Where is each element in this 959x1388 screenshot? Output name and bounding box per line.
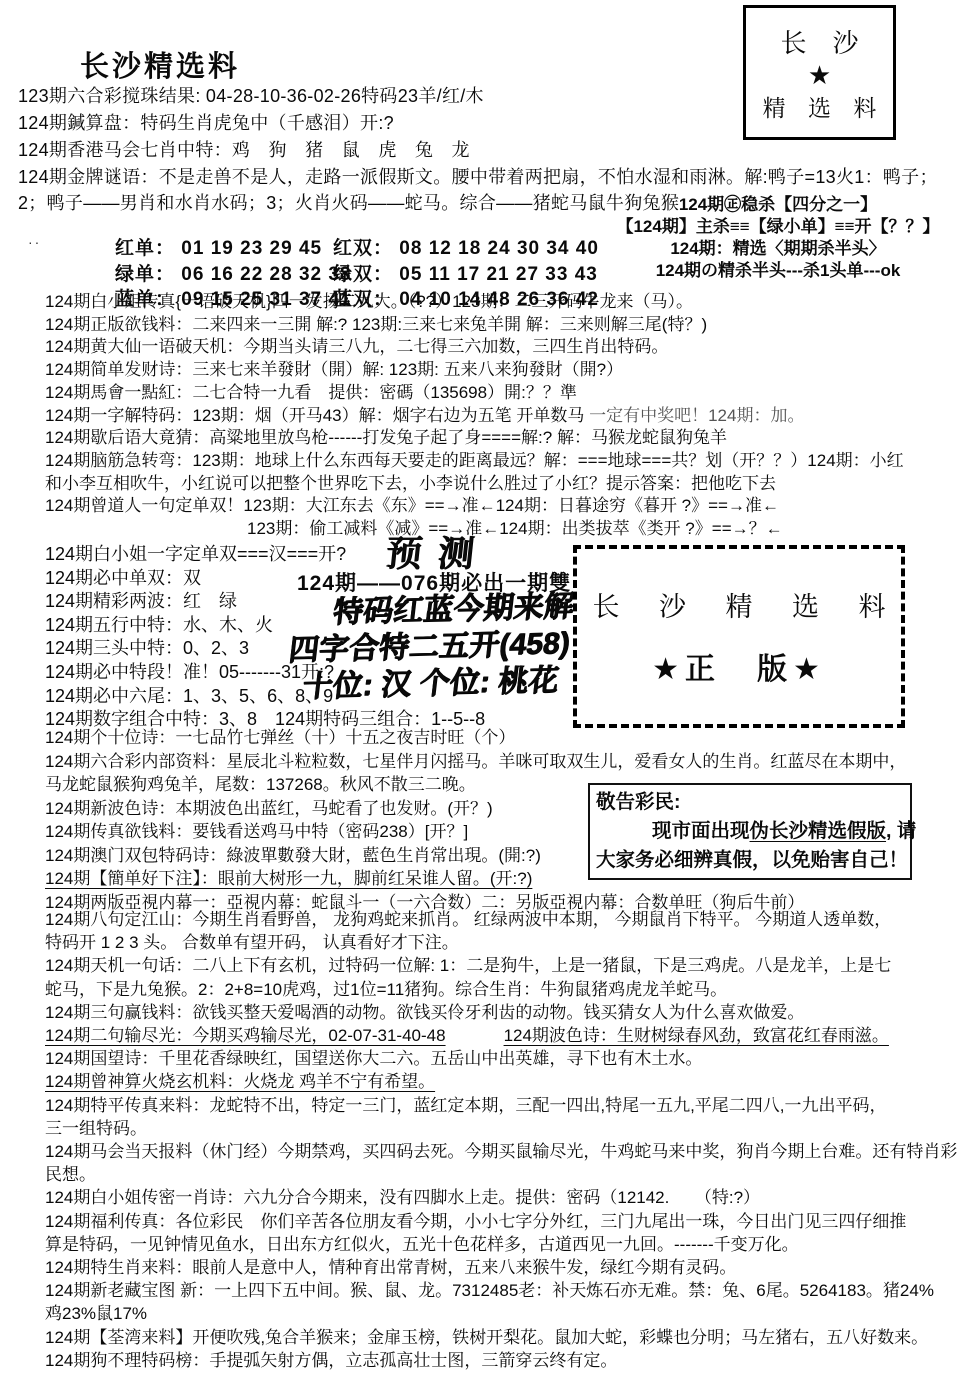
star-icon: ★ — [808, 62, 831, 88]
text-line: 124期简单发财诗：三来七来羊發財（開）解: 123期: 五来八来狗發財（開?） — [45, 359, 904, 382]
text-line: 124期白小姐传密一肖诗：六九分合今期来，没有四脚水上走。提供：密码（12142… — [45, 1186, 957, 1209]
header-line: 124期鍼算盘：特码生肖虎兔中（千感泪）开:? — [18, 109, 394, 135]
text-line: 124期马会当天报料（休门经）今期禁鸡，买四码去死。今期买鼠输尽光，牛鸡蛇马来中… — [45, 1140, 957, 1163]
text-line: 蛇马，下是九兔猴。2：2+8=10虎鸡，过1位=11猪狗。综合生肖：牛狗鼠猪鸡虎… — [45, 978, 957, 1001]
text-line: 124期脑筋急转弯：123期：地球上什么东西每天要走的距离最远？解：===地球=… — [45, 450, 904, 473]
text-line: 124期六合彩内部资料：星辰北斗粒粒数，七星伴月闪摇马。羊咪可取双生儿，爱看女人… — [45, 750, 906, 774]
stamp-bottom-text: 精 选 料 — [755, 90, 885, 123]
text-line: 124期曾道人一句定单双！123期：大江东去《东》==→准←124期：日暮途穷《… — [45, 495, 904, 518]
row-label: 红双： — [333, 238, 393, 259]
brand-stamp-box: 长 沙 ★ 精 选 料 — [743, 5, 896, 140]
text-line: 124期一字解特码：123期：烟（开马43）解：烟字右边为五笔 开单数马 一定有… — [45, 405, 904, 428]
row-values: 05 11 17 21 27 33 43 — [399, 264, 598, 285]
text-line: 124期个十位诗：一七品竹七弹丝（十）十五之夜吉时旺（个） — [45, 726, 906, 750]
table-row: 红单： 01 19 23 29 45 红双： 08 12 18 24 30 34… — [0, 233, 740, 259]
text-line: 124期特平传真来料：龙蛇特不出，特定一三门，蓝红定本期，三配一四出,特尾一五九… — [45, 1094, 957, 1117]
text-line: 124期福利传真：各位彩民 你们辛苦各位朋友看今期，小小七字分外红，三门九尾出一… — [45, 1210, 957, 1233]
header-line: 2；鸭子——男肖和水肖水码；3；火肖火码——蛇马。综合——猪蛇马鼠牛狗兔猴 — [18, 189, 679, 215]
text-line: 民想。 — [45, 1163, 957, 1186]
notice-box: 敬告彩民: 现市面出现伪长沙精选假版, 请 大家务必细辨真假，以免贻害自己！ — [588, 783, 912, 880]
body-section-1: 124期白小姐传真{一语破天机}四一发扬二九大。（??）123期：二三开码牛龙来… — [45, 291, 904, 541]
row-values: 08 12 18 24 30 34 40 — [399, 238, 599, 259]
text-line: 124期新老藏宝图 新：一上四下五中间。猴、鼠、龙。7312485老：补天炼石亦… — [45, 1279, 957, 1302]
text-line: 124期正版欲钱料：二来四来一三開 解:? 123期:三来七来兔羊開 解：三来则… — [45, 314, 904, 337]
text-line: 124期狗不理特码榜：手提弧矢射方偶，立志孤高壮士图，三箭穿云终有定。 — [45, 1349, 957, 1372]
text-line: 124期二句输尽光：今期买鸡输尽光，02-07-31-40-48124期波色诗：… — [45, 1024, 957, 1047]
stamp-top-text: 长 沙 — [780, 23, 858, 60]
notice-line: 现市面出现伪长沙精选假版, 请 — [596, 817, 904, 846]
text-line: 124期八句定江山：今期生肖看野兽， 龙狗鸡蛇来抓肖。 红绿两波中本期， 今期鼠… — [45, 908, 957, 931]
row-values: 01 19 23 29 45 — [181, 238, 322, 259]
body-section-3: 124期八句定江山：今期生肖看野兽， 龙狗鸡蛇来抓肖。 红绿两波中本期， 今期鼠… — [45, 908, 957, 1372]
row-values: 06 16 22 28 32 38 — [181, 264, 351, 285]
text-line: 和小李互相吹牛，小红说可以把整个世界吃下去，小李说什么胜过了小红？提示答案：把他… — [45, 473, 904, 496]
text-line: 124期三句赢钱料：欲钱买整天爱喝酒的动物。欲钱买伶牙利齿的动物。钱买猜女人为什… — [45, 1001, 957, 1024]
text-line: 鸡23%鼠17% — [45, 1302, 957, 1325]
notice-line: 大家务必细辨真假，以免贻害自己！ — [596, 846, 904, 875]
text-line: 124期【荃湾来料】开便吹残,兔合羊猴来；金扉玉榜，铁树开梨花。鼠加大蛇，彩蝶也… — [45, 1326, 957, 1349]
edition-mark-text: ★正 版★ — [652, 644, 826, 688]
text-line: 124期歇后语大竟猜：高粱地里放鸟枪------打发兔子起了身====解:? 解… — [45, 427, 904, 450]
text-line: 三一组特码。 — [45, 1117, 957, 1140]
faded-text: 一定有中奖吧！124期：加。 — [589, 406, 804, 425]
text-line: 124期特生肖来料：眼前人是意中人，情种育出常青树，五来八来猴牛发，绿红今期有灵… — [45, 1256, 957, 1279]
text-line: 124期馬會一點紅：二七合特一九看 提供：密碼（135698）開:？？準 — [45, 382, 904, 405]
genuine-edition-box: 长 沙 精 选 料 ★正 版★ — [573, 545, 905, 728]
text-line: 124期白小姐传真{一语破天机}四一发扬二九大。（??）123期：二三开码牛龙来… — [45, 291, 904, 314]
row-label: 绿双： — [333, 264, 393, 285]
brush-line: 十位: 汉 个位: 桃花 — [282, 660, 616, 706]
edition-brand-text: 长 沙 精 选 料 — [577, 585, 902, 624]
text-line: 算是特码，一见钟情见鱼水，日出东方红似火，五光十色花样多，古道西见一九回。---… — [45, 1233, 957, 1256]
header-line: 124期金牌谜语：不是走兽不是人，走路一派假斯文。腰中带着两把扇，不怕水湿和雨淋… — [18, 163, 938, 189]
text-line: 124期黄大仙一语破天机：今期当头请三八九，二七得三六加数，三四生肖出特码。 — [45, 336, 904, 359]
notice-title: 敬告彩民: — [596, 788, 904, 817]
row-label: 绿单： — [115, 264, 175, 285]
row-label: 红单： — [115, 238, 175, 259]
text-line: 124期曾神算火烧玄机料：火烧龙 鸡羊不宁有希望。 — [45, 1070, 957, 1093]
tip-sheet-page: 长沙精选料 123期六合彩搅珠结果: 04-28-10-36-02-26特码23… — [0, 0, 959, 1388]
table-row: 绿单： 06 16 22 28 32 38 绿双： 05 11 17 21 27… — [0, 259, 740, 285]
header-line: 124期香港马会七肖中特：鸡 狗 猪 鼠 虎 兔 龙 — [18, 136, 470, 162]
text-line: 特码开 1 2 3 头。 合数单有望开码， 认真看好才下注。 — [45, 931, 957, 954]
kill-line: 124期㊣稳杀【四分之一】 — [598, 194, 958, 216]
text-line: 124期国望诗：千里花香绿映红，国望送你大二六。五岳山中出英雄，寻下也有木土水。 — [45, 1047, 957, 1070]
page-title: 长沙精选料 — [80, 44, 240, 85]
underlined-warning: 伪长沙精选假版 — [750, 820, 887, 842]
text-line: 124期天机一句话：二八上下有玄机，过特码一位解: 1：二是狗牛，上是一猪鼠，下… — [45, 954, 957, 977]
header-line: 123期六合彩搅珠结果: 04-28-10-36-02-26特码23羊/红/木 — [18, 82, 484, 108]
